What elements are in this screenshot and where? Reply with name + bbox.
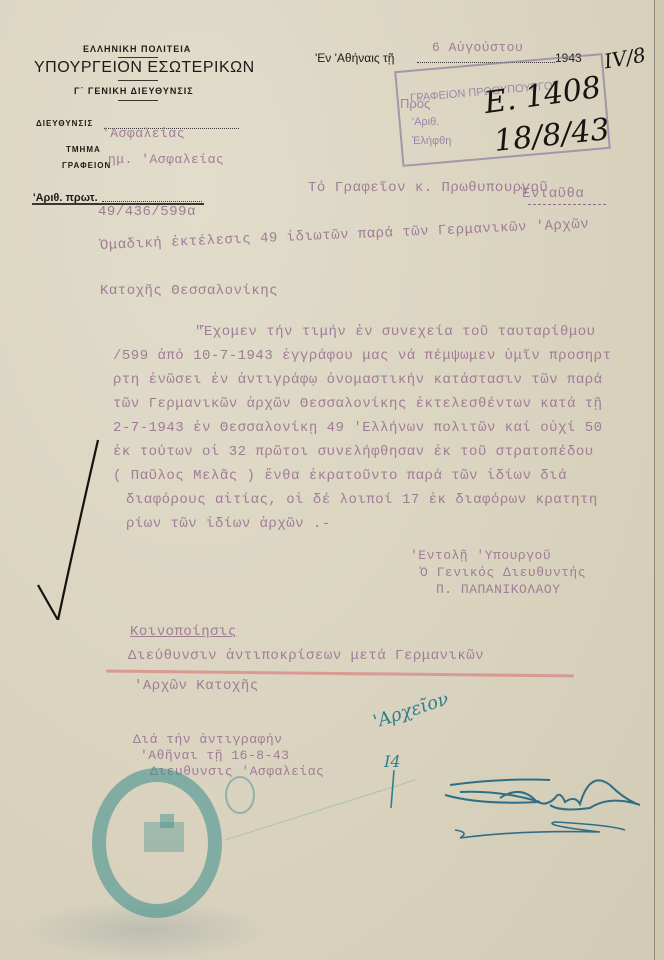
stamp-line-3: 'Αριθ. — [412, 116, 439, 128]
seal-emblem-icon — [140, 810, 190, 860]
letterhead-divider — [118, 80, 158, 81]
certification-line-1: Διά τήν ἀντιγραφήν — [133, 732, 282, 747]
checkmark-icon — [30, 420, 100, 620]
stamp-line-2: Πρός — [400, 96, 430, 111]
letterhead-divider — [118, 57, 158, 58]
letterhead-divider — [118, 100, 158, 101]
letterhead-ministry: ΥΠΟΥΡΓΕΙΟΝ ΕΣΩΤΕΡΙΚΩΝ — [34, 59, 255, 77]
distribution-line-1: Διεύθυνσιν ἀντιποκρίσεων μετά Γερμανικῶν — [128, 648, 484, 664]
distribution-heading: Κοινοποίησις — [130, 624, 237, 640]
seal-smudge — [215, 770, 435, 860]
office-label: ΓΡΑΦΕΙΟΝ — [62, 161, 111, 170]
recipient-line-1: Τό Γραφεῖον κ. Πρωθυπουργοῦ — [308, 180, 548, 196]
directorate-value: 'Ασφαλείας — [102, 126, 185, 141]
subject-line-2: Κατοχῆς Θεσσαλονίκης — [100, 283, 278, 299]
dateline-day-month: 6 Αὐγούστου — [432, 40, 523, 55]
adjacent-page-edge — [654, 0, 664, 960]
recipient-underline — [528, 204, 606, 205]
archive-stroke — [388, 770, 398, 810]
body-line-1: "Ἔχομεν τήν τιμήν ἐν συνεχεία τοῦ ταυταρ… — [195, 324, 596, 340]
body-line-6: ἐκ τούτων οἱ 32 πρῶτοι συνελήφθησαν ἐκ τ… — [113, 444, 594, 460]
body-line-7: ( Παῦλος Μελᾶς ) ἔνθα ἐκρατοῦντο παρά τῶ… — [113, 468, 567, 484]
signature-line-2: Ὁ Γενικός Διευθυντής — [420, 565, 586, 580]
letterhead-state: ΕΛΛΗΝΙΚΗ ΠΟΛΙΤΕΙΑ — [83, 44, 191, 54]
body-line-8: διαφόρους αἰτίας, οἱ δέ λοιποί 17 ἐκ δια… — [126, 492, 598, 508]
protocol-dotline — [102, 201, 202, 202]
office-value: ημ. 'Ασφαλείας — [108, 152, 224, 167]
letterhead-general-directorate: Γ΄ ΓΕΝΙΚΗ ΔΙΕΥΘΥΝΣΙΣ — [74, 86, 194, 96]
body-line-4: τῶν Γερμανικῶν ἀρχῶν Θεσσαλονίκης ἐκτελε… — [113, 396, 603, 412]
body-line-5: 2-7-1943 ἐν Θεσσαλονίκῃ 49 'Ελλήνων πολι… — [113, 420, 603, 436]
protocol-number: 49/436/599α — [98, 204, 196, 220]
stamp-line-4: Ἐλήφθη — [412, 135, 451, 147]
body-line-2: /599 ἀπό 10-7-1943 ἐγγράφου μας νά πέμψω… — [113, 348, 611, 364]
body-line-3: ρτη ἐνῶσει ἐν ἀντιγράφῳ ὀνομαστικήν κατά… — [113, 372, 603, 388]
archive-initial: Ι4 — [384, 752, 401, 771]
signature-line-3: Π. ΠΑΠΑΝΙΚΟΛΑΟΥ — [436, 582, 561, 597]
recipient-line-2: Ἐνταῦθα — [522, 186, 584, 202]
signature-line-1: 'Εντολῇ 'Υπουργοῦ — [410, 548, 551, 563]
directorate-label: ΔΙΕΥΘΥΝΣΙΣ — [36, 119, 93, 128]
body-line-9: ρίων τῶν ἰδίων ἀρχῶν .- — [126, 516, 331, 532]
certification-line-2: 'Αθῆναι τῇ 16-8-43 — [140, 748, 289, 763]
handwritten-signature — [440, 760, 655, 860]
section-label: ΤΜΗΜΑ — [66, 145, 101, 154]
distribution-line-2: 'Αρχῶν Κατοχῆς — [134, 678, 259, 694]
dateline-place: 'Εν 'Αθήναις τῇ — [315, 51, 394, 65]
